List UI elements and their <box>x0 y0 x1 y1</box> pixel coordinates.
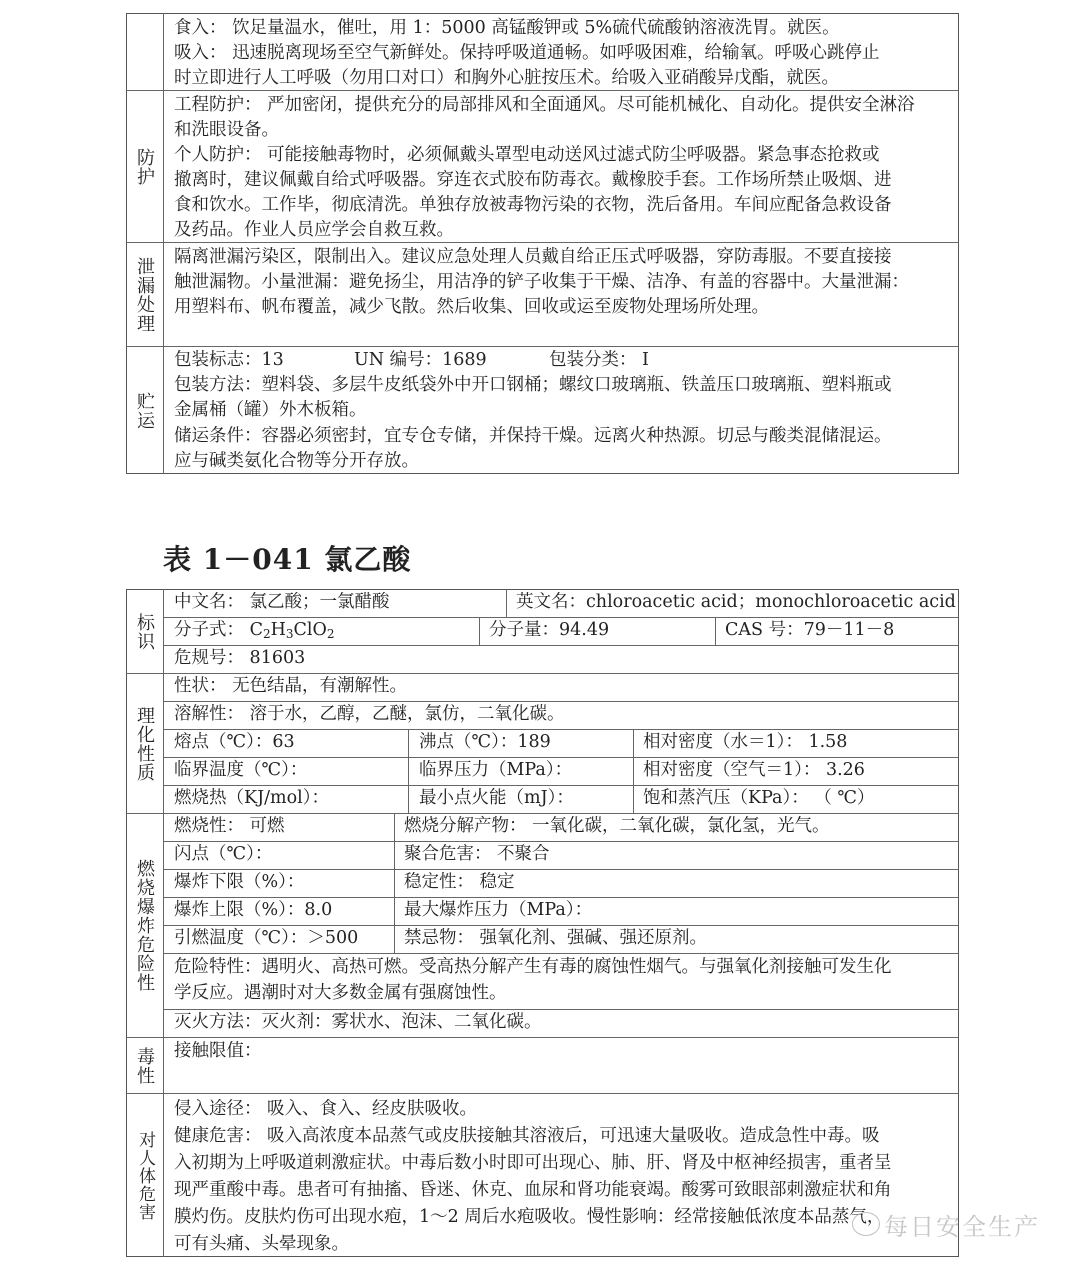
english-name: 英文名：chloroacetic acid；monochloroacetic a… <box>516 590 956 616</box>
protection-line: 食和饮水。工作毕，彻底清洗。单独存放被毒物污染的衣物，洗后备用。车间应配备急救设… <box>174 193 892 219</box>
row-divider <box>163 953 959 954</box>
hazard-characteristics-cont: 学反应。遇潮时对大多数金属有强腐蚀性。 <box>174 981 507 1007</box>
flash-point: 闪点（℃）： <box>174 842 272 868</box>
stability: 稳定性： 稳定 <box>404 870 515 896</box>
molecular-weight: 分子量：94.49 <box>489 618 609 644</box>
incompatibles: 禁忌物： 强氧化剂、强碱、强还原剂。 <box>404 926 707 952</box>
wechat-icon <box>852 1212 880 1236</box>
cell-divider <box>408 729 409 813</box>
melting-point: 熔点（℃）：63 <box>174 730 295 756</box>
row-divider <box>126 346 959 347</box>
health-line: 现严重酸中毒。患者可有抽搐、昏迷、休克、血尿和肾功能衰竭。酸雾可致眼部刺激症状和… <box>174 1178 892 1204</box>
solubility: 溶解性： 溶于水，乙醇，乙醚，氯仿，二氧化碳。 <box>174 702 565 728</box>
formula-part: C <box>250 620 263 640</box>
cell-divider <box>715 617 716 645</box>
section-label-leak-handling: 泄漏处理 <box>126 243 163 346</box>
lower-explosive-limit: 爆炸下限（%）： <box>174 870 304 896</box>
health-line: 膜灼伤。皮肤灼伤可出现水疱，1～2 周后水疱吸收。慢性影响：经常接触低浓度本品蒸… <box>174 1205 884 1231</box>
table-title: 表 1－041 氯乙酸 <box>163 538 411 578</box>
relative-density-air: 相对密度（空气＝1）： 3.26 <box>643 758 865 784</box>
cas-number: CAS 号：79－11－8 <box>725 618 894 644</box>
cell-divider <box>633 729 634 813</box>
critical-temperature: 临界温度（℃）： <box>174 758 307 784</box>
cell-divider <box>479 617 480 645</box>
pack-mark: 包装标志：13 <box>174 348 284 374</box>
first-aid-inhalation-cont: 时立即进行人工呼吸（勿用口对口）和胸外心脏按压术。给吸入亚硝酸异戊酯，就医。 <box>174 66 839 92</box>
section-label-health-hazard: 对人体危害 <box>126 1094 163 1257</box>
storage-line: 储运条件：容器必须密封，宜专仓专储，并保持干燥。远离火种热源。切忌与酸类混储混运… <box>174 424 892 450</box>
exposure-limit: 接触限值： <box>174 1039 262 1065</box>
label-column-divider <box>163 13 164 474</box>
protection-line: 及药品。作业人员应学会自救互救。 <box>174 218 454 244</box>
boiling-point: 沸点（℃）：189 <box>419 730 551 756</box>
first-aid-ingestion: 食入： 饮足量温水，催吐，用 1：5000 高锰酸钾或 5%硫代硫酸钠溶液洗胃。… <box>174 16 840 42</box>
leak-handling-line: 触泄漏物。小量泄漏：避免扬尘，用洁净的铲子收集于干燥、洁净、有盖的容器中。大量泄… <box>174 270 909 296</box>
hazard-number: 危规号： 81603 <box>174 646 305 672</box>
cell-divider <box>394 813 395 953</box>
storage-line: 包装方法：塑料袋、多层牛皮纸袋外中开口钢桶；螺纹口玻璃瓶、铁盖压口玻璃瓶、塑料瓶… <box>174 373 892 399</box>
health-line: 健康危害： 吸入高浓度本品蒸气或皮肤接触其溶液后，可迅速大量吸收。造成急性中毒。… <box>174 1124 880 1150</box>
appearance: 性状： 无色结晶，有潮解性。 <box>174 674 407 700</box>
row-divider <box>163 841 959 842</box>
health-line: 可有头痛、头晕现象。 <box>174 1232 349 1258</box>
min-ignition-energy: 最小点火能（mJ）： <box>419 786 574 812</box>
formula-subscript: 3 <box>286 627 294 641</box>
section-label-identification: 标识 <box>126 590 163 673</box>
section-label-fire-explosion: 燃烧爆炸危险性 <box>126 814 163 1037</box>
formula-subscript: 2 <box>263 627 271 641</box>
critical-pressure: 临界压力（MPa）： <box>419 758 572 784</box>
formula-subscript: 2 <box>327 627 335 641</box>
section-label-protection: 防护 <box>126 91 163 242</box>
label-column-divider <box>163 589 164 1257</box>
chinese-name: 中文名： 氯乙酸；一氯醋酸 <box>174 590 390 616</box>
formula-label: 分子式： <box>174 620 250 640</box>
section-label-physchem: 理化性质 <box>126 674 163 813</box>
cell-divider <box>506 589 507 617</box>
storage-line: 应与碱类氨化合物等分开存放。 <box>174 449 419 475</box>
vapor-pressure: 饱和蒸汽压（KPa）： （ ℃） <box>643 786 874 812</box>
hazard-characteristics: 危险特性：遇明火、高热可燃。受高热分解产生有毒的腐蚀性烟气。与强氧化剂接触可发生… <box>174 955 892 981</box>
health-line: 入初期为上呼吸道刺激症状。中毒后数小时即可出现心、肺、肝、肾及中枢神经损害，重者… <box>174 1151 892 1177</box>
extinguishing-method: 灭火方法：灭火剂：雾状水、泡沫、二氧化碳。 <box>174 1010 542 1036</box>
section-divider <box>126 1037 959 1038</box>
section-label-storage: 贮运 <box>126 347 163 474</box>
health-line: 侵入途径： 吸入、食入、经皮肤吸收。 <box>174 1097 477 1123</box>
relative-density-water: 相对密度（水＝1）： 1.58 <box>643 730 847 756</box>
protection-line: 个人防护： 可能接触毒物时，必须佩戴头罩型电动送风过滤式防尘呼吸器。紧急事态抢救… <box>174 143 880 169</box>
protection-line: 工程防护： 严加密闭，提供充分的局部排风和全面通风。尽可能机械化、自动化。提供安… <box>174 93 915 119</box>
heat-of-combustion: 燃烧热（KJ/mol）： <box>174 786 329 812</box>
pack-class: 包装分类： Ⅰ <box>549 348 649 374</box>
max-explosion-pressure: 最大爆炸压力（MPa）： <box>404 898 592 924</box>
un-number: UN 编号：1689 <box>354 348 487 374</box>
combustion-products: 燃烧分解产物： 一氧化碳，二氧化碳，氯化氢，光气。 <box>404 814 830 840</box>
molecular-formula: 分子式： C2H3ClO2 <box>174 618 334 648</box>
leak-handling-line: 用塑料布、帆布覆盖，减少飞散。然后收集、回收或运至废物处理场所处理。 <box>174 295 769 321</box>
leak-handling-line: 隔离泄漏污染区，限制出入。建议应急处理人员戴自给正压式呼吸器，穿防毒服。不要直接… <box>174 245 892 271</box>
protection-line: 和洗眼设备。 <box>174 118 279 144</box>
formula-part: H <box>271 620 286 640</box>
autoignition-temperature: 引燃温度（℃）：＞500 <box>174 926 358 952</box>
upper-explosive-limit: 爆炸上限（%）：8.0 <box>174 898 332 924</box>
section-divider <box>126 1093 959 1094</box>
flammability: 燃烧性： 可燃 <box>174 814 285 840</box>
storage-line: 金属桶（罐）外木板箱。 <box>174 398 367 424</box>
protection-line: 撤离时，建议佩戴自给式呼吸器。穿连衣式胶布防毒衣。戴橡胶手套。工作场所禁止吸烟、… <box>174 168 892 194</box>
formula-part: ClO <box>294 620 327 640</box>
polymerization-hazard: 聚合危害： 不聚合 <box>404 842 550 868</box>
first-aid-inhalation: 吸入： 迅速脱离现场至空气新鲜处。保持呼吸道通畅。如呼吸困难，给输氧。呼吸心跳停… <box>174 41 880 67</box>
watermark-text: 每日安全生产 <box>884 1207 1040 1242</box>
section-label-toxicity: 毒性 <box>126 1038 163 1093</box>
